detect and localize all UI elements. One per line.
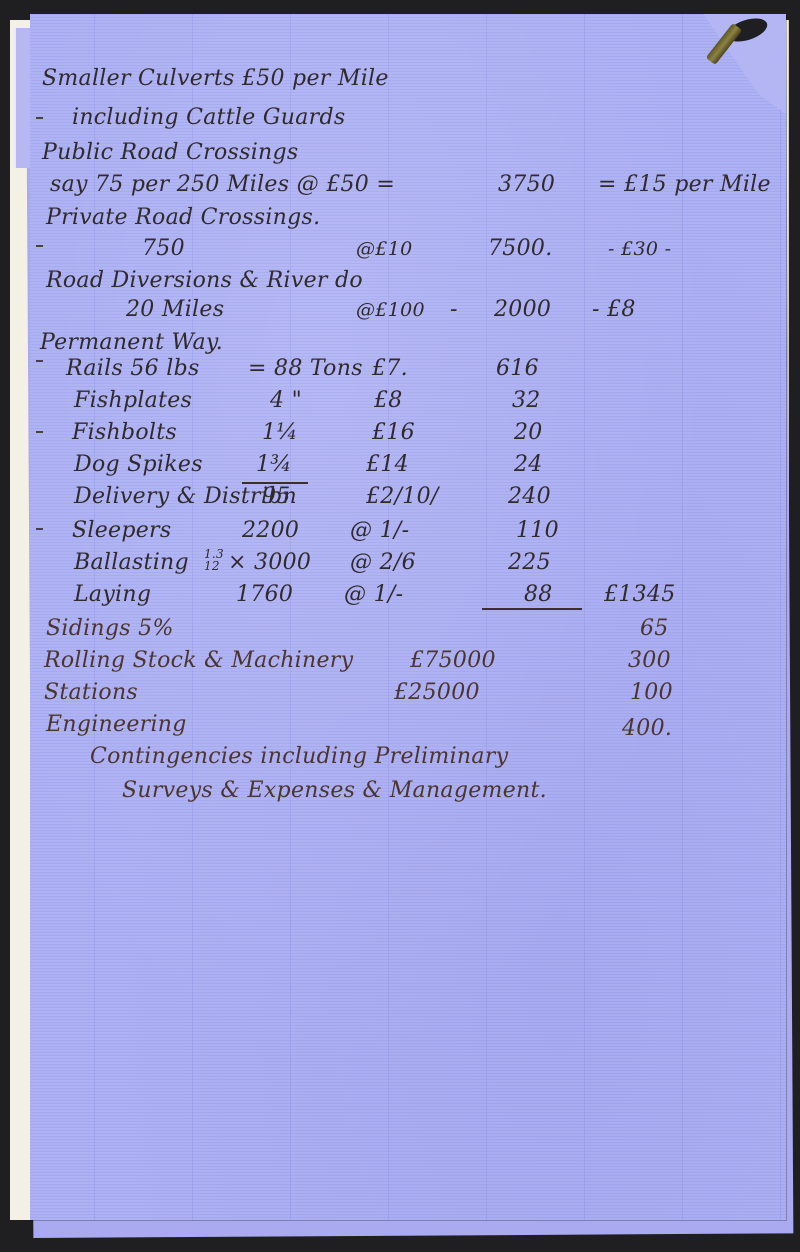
rolling-stock-capital: £75000 xyxy=(410,648,496,673)
item-qty: 4 " xyxy=(270,388,302,413)
item-rate: £2/10/ xyxy=(366,484,439,509)
item-qty-fraction: 1.3 12 xyxy=(204,548,224,572)
item-amount: 88 xyxy=(524,582,553,607)
private-roads-rate: @£10 xyxy=(356,238,412,260)
item-name: Ballasting xyxy=(74,550,189,575)
diversions-rate: @£100 xyxy=(356,299,425,321)
line-public-road-crossings: Public Road Crossings xyxy=(42,140,299,165)
item-name: Rails 56 lbs xyxy=(66,356,200,381)
item-rate: @ 2/6 xyxy=(350,550,416,575)
item-rolling-stock: Rolling Stock & Machinery xyxy=(44,648,353,673)
item-qty: 95 xyxy=(262,484,291,509)
permanent-way-subtotal: £1345 xyxy=(604,582,676,607)
line-smaller-culverts: Smaller Culverts £50 per Mile xyxy=(42,66,389,91)
stations-per-mile: 100 xyxy=(630,680,673,705)
heading-permanent-way: Permanent Way. xyxy=(40,330,223,355)
diversions-amount: 2000 xyxy=(494,297,551,322)
rolling-stock-per-mile: 300 xyxy=(628,648,671,673)
footer-surveys: Surveys & Expenses & Management. xyxy=(122,778,547,803)
item-amount: 24 xyxy=(514,452,543,477)
private-roads-qty: 750 xyxy=(142,236,185,261)
item-sidings: Sidings 5% xyxy=(46,616,174,641)
sidings-per-mile: 65 xyxy=(640,616,669,641)
item-engineering: Engineering xyxy=(46,712,187,737)
item-rate: £16 xyxy=(372,420,415,445)
item-name: Fishbolts xyxy=(72,420,177,445)
item-name: Sleepers xyxy=(72,518,171,543)
line-private-road-crossings: Private Road Crossings. xyxy=(46,205,320,230)
item-rate: @ 1/- xyxy=(344,582,403,607)
line-road-diversions: Road Diversions & River do xyxy=(46,268,363,293)
public-roads-calc: say 75 per 250 Miles @ £50 = xyxy=(50,172,395,197)
item-qty: 1760 xyxy=(236,582,293,607)
item-rate: @ 1/- xyxy=(350,518,409,543)
item-amount: 110 xyxy=(516,518,559,543)
item-qty: 2200 xyxy=(242,518,299,543)
item-amount: 225 xyxy=(508,550,551,575)
margin-mark xyxy=(36,431,43,433)
item-rate: £7. xyxy=(372,356,408,381)
item-name: Dog Spikes xyxy=(74,452,203,477)
item-qty: 1¾ xyxy=(256,452,292,477)
engineering-per-mile: 400. xyxy=(622,716,672,741)
column-total-rule xyxy=(482,608,582,610)
item-amount: 616 xyxy=(496,356,539,381)
stations-capital: £25000 xyxy=(394,680,480,705)
item-qty: 1¼ xyxy=(262,420,298,445)
margin-mark xyxy=(36,245,43,247)
margin-mark xyxy=(36,528,43,530)
margin-mark xyxy=(36,360,43,362)
line-cattle-guards: including Cattle Guards xyxy=(72,105,345,130)
margin-mark xyxy=(36,117,43,119)
item-qty: = 88 Tons xyxy=(248,356,363,381)
public-roads-per-mile: = £15 per Mile xyxy=(598,172,771,197)
item-stations: Stations xyxy=(44,680,138,705)
diversions-qty: 20 Miles xyxy=(126,297,224,322)
private-roads-per-mile: - £30 - xyxy=(608,238,671,260)
item-amount: 32 xyxy=(512,388,541,413)
item-name: Laying xyxy=(74,582,151,607)
item-rate: £14 xyxy=(366,452,409,477)
item-name: Fishplates xyxy=(74,388,192,413)
item-qty: × 3000 xyxy=(228,550,311,575)
item-amount: 20 xyxy=(514,420,543,445)
diversions-dash: - xyxy=(450,297,458,322)
public-roads-amount: 3750 xyxy=(498,172,555,197)
item-rate: £8 xyxy=(374,388,403,413)
diversions-per-mile: - £8 xyxy=(592,297,636,322)
private-roads-amount: 7500. xyxy=(488,236,552,261)
footer-contingencies: Contingencies including Preliminary xyxy=(90,744,508,769)
item-amount: 240 xyxy=(508,484,551,509)
